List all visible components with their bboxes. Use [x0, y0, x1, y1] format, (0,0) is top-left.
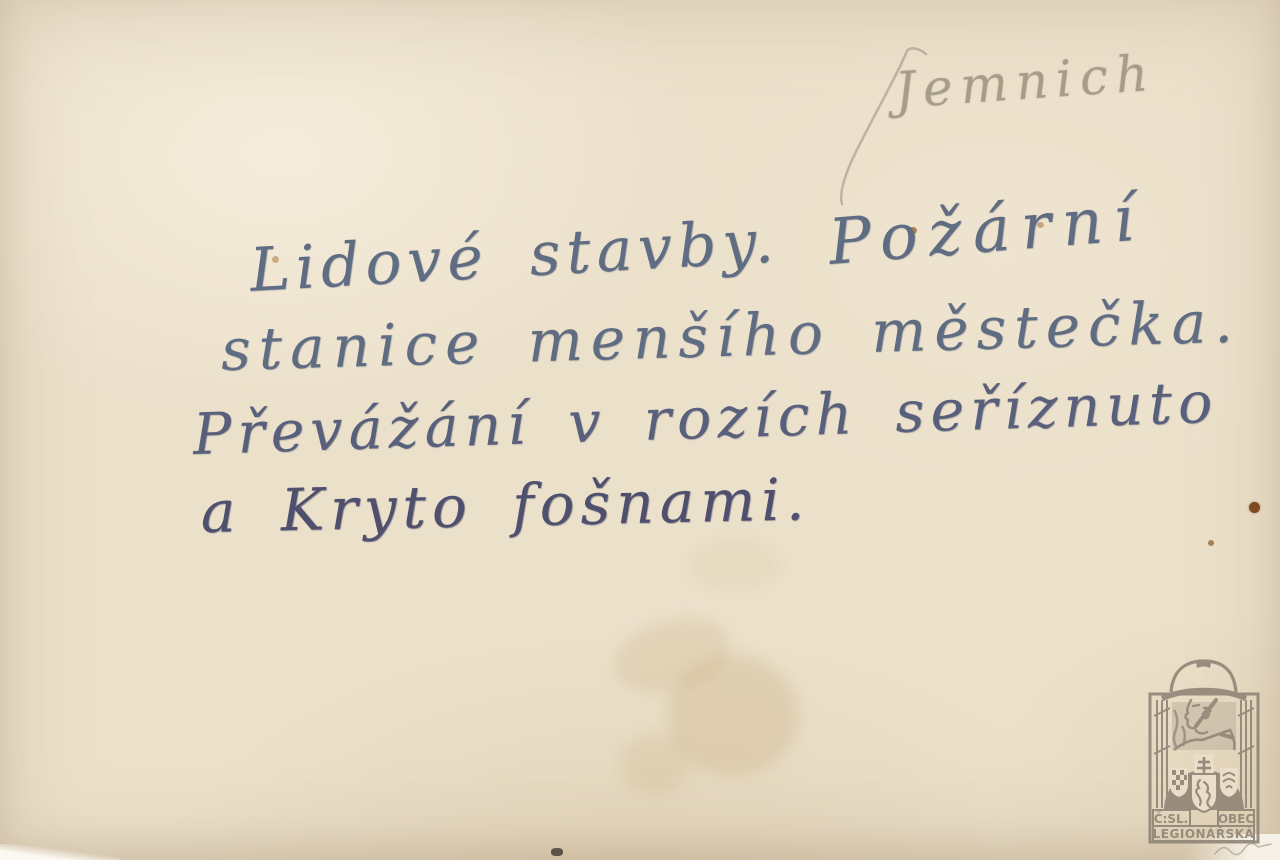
stamp-line1-left: Č:SL. [1154, 811, 1188, 826]
foxing-spot [1208, 540, 1214, 546]
foxing-spot [1249, 502, 1260, 513]
handwritten-line-4: a Kryto fošnami. [200, 465, 811, 546]
torn-paper-edge [0, 844, 120, 860]
stain [690, 540, 780, 590]
stamp-text-bands: Č:SL. OBEC LEGIONÁŘSKÁ [1153, 810, 1255, 841]
stamp-line2: LEGIONÁŘSKÁ [1153, 826, 1255, 841]
soldier-emblem-icon: Č:SL. OBEC LEGIONÁŘSKÁ [1144, 658, 1264, 848]
handwritten-line-1-left: Lidové stavby. [248, 206, 781, 305]
stamp-line1-right: OBEC [1218, 812, 1255, 826]
legion-stamp: Č:SL. OBEC LEGIONÁŘSKÁ [1144, 658, 1264, 848]
handwritten-line-2: stanice menšího městečka. [220, 288, 1241, 384]
handwritten-line-3: Převážání v rozích seříznuto [192, 370, 1219, 468]
ink-speck [551, 848, 563, 856]
photo-verso-paper: Jemnich Lidové stavby. Požární stanice m… [0, 0, 1280, 860]
pencil-inscription: Jemnich [893, 44, 1158, 120]
heraldic-dome [1164, 754, 1244, 812]
stain [620, 735, 690, 795]
